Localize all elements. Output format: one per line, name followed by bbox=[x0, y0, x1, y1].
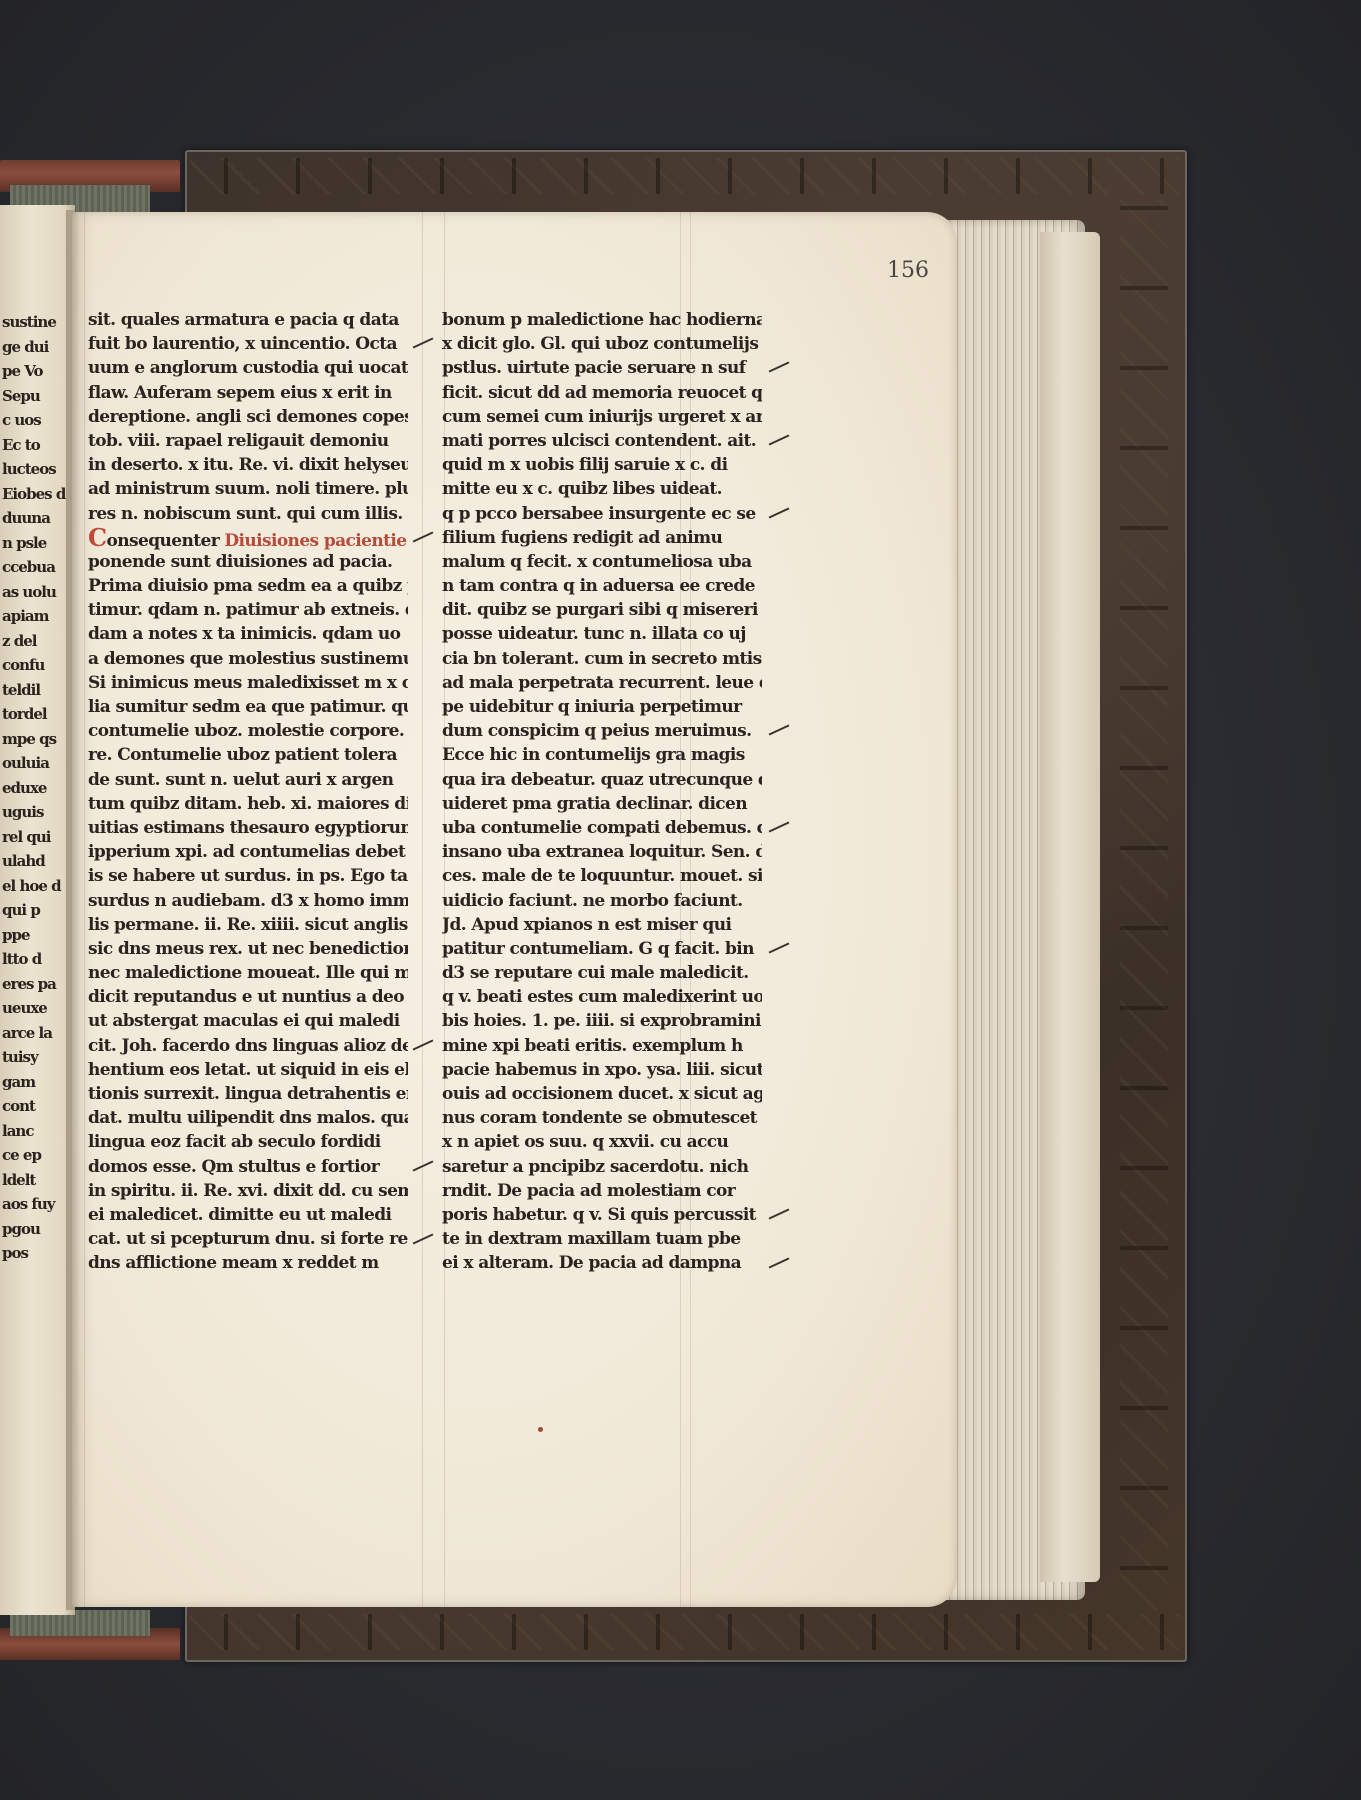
manuscript-line: uba contumelie compati debemus. qi bbox=[442, 816, 762, 840]
left-page-fragment: lanc bbox=[2, 1119, 72, 1144]
manuscript-line: tum quibz ditam. heb. xi. maiores di bbox=[88, 792, 408, 816]
manuscript-line: malum q fecit. x contumeliosa uba bbox=[442, 550, 762, 574]
left-page-fragment: z del bbox=[2, 629, 72, 654]
manuscript-line: nec maledictione moueat. Ille qui male bbox=[88, 961, 408, 985]
manuscript-line: in spiritu. ii. Re. xvi. dixit dd. cu se… bbox=[88, 1179, 408, 1203]
manuscript-line: x n apiet os suu. q xxvii. cu accu bbox=[442, 1130, 762, 1154]
left-page-fragment: confu bbox=[2, 653, 72, 678]
left-page-fragment: duuna bbox=[2, 506, 72, 531]
manuscript-line: Consequenter Diuisiones pacientie. bbox=[88, 526, 408, 550]
left-page-fragment: pos bbox=[2, 1241, 72, 1266]
page-gutter-shadow bbox=[66, 210, 80, 1610]
manuscript-line: d3 se reputare cui male maledicit. bbox=[442, 961, 762, 985]
left-page-fragment: cont bbox=[2, 1094, 72, 1119]
manuscript-line: uum e anglorum custodia qui uocat sepe. bbox=[88, 356, 408, 380]
flyleaf-edge bbox=[1040, 232, 1100, 1582]
manuscript-line: lingua eoz facit ab seculo fordidi bbox=[88, 1130, 408, 1154]
left-page-fragment: lucteos bbox=[2, 457, 72, 482]
left-page-fragment: rel qui bbox=[2, 825, 72, 850]
manuscript-line: dereptione. angli sci demones copescut. bbox=[88, 405, 408, 429]
ruling-line bbox=[422, 212, 423, 1607]
decorated-initial: C bbox=[88, 526, 107, 550]
folio-number: 156 bbox=[887, 258, 929, 283]
manuscript-line: dicit reputandus e ut nuntius a deo miss… bbox=[88, 985, 408, 1009]
manuscript-line: x dicit glo. Gl. qui uboz contumelijs bbox=[442, 332, 762, 356]
text-column-left: sit. quales armatura e pacia q datafuit … bbox=[88, 308, 408, 1276]
ink-spot bbox=[538, 1427, 543, 1432]
text-column-right: bonum p maledictione hac hodierna.x dici… bbox=[442, 308, 762, 1276]
tooled-border-right bbox=[1120, 200, 1168, 1610]
manuscript-line: lia sumitur sedm ea que patimur. que sut bbox=[88, 695, 408, 719]
manuscript-line: saretur a pncipibz sacerdotu. nich bbox=[442, 1155, 762, 1179]
manuscript-line: ut abstergat maculas ei qui maledi bbox=[88, 1009, 408, 1033]
left-page-fragment: ueuxe bbox=[2, 996, 72, 1021]
manuscript-line: a demones que molestius sustinemus. bbox=[88, 647, 408, 671]
manuscript-line: mitte eu x c. quibz libes uideat. bbox=[442, 477, 762, 501]
manuscript-line: nus coram tondente se obmutescet bbox=[442, 1106, 762, 1130]
manuscript-line: ponende sunt diuisiones ad pacia. bbox=[88, 550, 408, 574]
manuscript-line: te in dextram maxillam tuam pbe bbox=[442, 1227, 762, 1251]
manuscript-line: ces. male de te loquuntur. mouet. sih bbox=[442, 864, 762, 888]
left-page-text-fragments: sustinege duipe VoSepuc uosEc tolucteosE… bbox=[2, 310, 72, 1266]
manuscript-line: is se habere ut surdus. in ps. Ego tanqu… bbox=[88, 864, 408, 888]
manuscript-line: dum conspicim q peius meruimus. bbox=[442, 719, 762, 743]
manuscript-line: sit. quales armatura e pacia q data bbox=[88, 308, 408, 332]
manuscript-line: domos esse. Qm stultus e fortior bbox=[88, 1155, 408, 1179]
manuscript-line: timur. qdam n. patimur ab extneis. que bbox=[88, 598, 408, 622]
manuscript-line: hentium eos letat. ut siquid in eis ela bbox=[88, 1058, 408, 1082]
left-page-fragment: el hoe d bbox=[2, 874, 72, 899]
manuscript-line: surdus n audiebam. d3 x homo immobi bbox=[88, 889, 408, 913]
manuscript-line: Jd. Apud xpianos n est miser qui bbox=[442, 913, 762, 937]
manuscript-line: patitur contumeliam. G q facit. bin bbox=[442, 937, 762, 961]
manuscript-line: pe uidebitur q iniuria perpetimur bbox=[442, 695, 762, 719]
left-page-fragment: mpe qs bbox=[2, 727, 72, 752]
manuscript-line: insano uba extranea loquitur. Sen. dic bbox=[442, 840, 762, 864]
manuscript-line: n tam contra q in aduersa ee crede bbox=[442, 574, 762, 598]
left-page-fragment: pgou bbox=[2, 1217, 72, 1242]
manuscript-line: Prima diuisio pma sedm ea a quibz pa bbox=[88, 574, 408, 598]
left-page-fragment: tuisy bbox=[2, 1045, 72, 1070]
manuscript-line: cit. Joh. facerdo dns linguas alioz detr… bbox=[88, 1034, 408, 1058]
manuscript-line: ad ministrum suum. noli timere. plu bbox=[88, 477, 408, 501]
manuscript-line: lis permane. ii. Re. xiiii. sicut anglis… bbox=[88, 913, 408, 937]
left-page-fragment: apiam bbox=[2, 604, 72, 629]
left-page-fragment: uguis bbox=[2, 800, 72, 825]
left-page-fragment: as uolu bbox=[2, 580, 72, 605]
manuscript-line: pacie habemus in xpo. ysa. liii. sicut bbox=[442, 1058, 762, 1082]
manuscript-line: dat. multu uilipendit dns malos. qua bbox=[88, 1106, 408, 1130]
manuscript-line: tionis surrexit. lingua detrahentis era bbox=[88, 1082, 408, 1106]
manuscript-line: bis hoies. 1. pe. iiii. si exprobramini … bbox=[442, 1009, 762, 1033]
left-page-fragment: tordel bbox=[2, 702, 72, 727]
left-page-fragment: pe Vo bbox=[2, 359, 72, 384]
manuscript-line: mine xpi beati eritis. exemplum h bbox=[442, 1034, 762, 1058]
manuscript-line: uideret pma gratia declinar. dicen bbox=[442, 792, 762, 816]
manuscript-line: mati porres ulcisci contendent. ait. bbox=[442, 429, 762, 453]
manuscript-line: tob. viii. rapael religauit demoniu bbox=[88, 429, 408, 453]
left-page-fragment: ldelt bbox=[2, 1168, 72, 1193]
left-page-fragment: gam bbox=[2, 1070, 72, 1095]
left-page-fragment: Sepu bbox=[2, 384, 72, 409]
left-page-fragment: n psle bbox=[2, 531, 72, 556]
manuscript-line: poris habetur. q v. Si quis percussit bbox=[442, 1203, 762, 1227]
manuscript-line: dns afflictione meam x reddet m bbox=[88, 1251, 408, 1275]
tooled-border-bottom bbox=[190, 1614, 1180, 1650]
left-page-fragment: ce ep bbox=[2, 1143, 72, 1168]
left-page-fragment: eduxe bbox=[2, 776, 72, 801]
manuscript-line: flaw. Auferam sepem eius x erit in bbox=[88, 381, 408, 405]
left-page-fragment: c uos bbox=[2, 408, 72, 433]
manuscript-line: qua ira debeatur. quaz utrecunque dd bbox=[442, 768, 762, 792]
manuscript-line: filium fugiens redigit ad animu bbox=[442, 526, 762, 550]
manuscript-line: ficit. sicut dd ad memoria reuocet qd bbox=[442, 381, 762, 405]
manuscript-line: in deserto. x itu. Re. vi. dixit helyseu… bbox=[88, 453, 408, 477]
manuscript-line: cat. ut si pcepturum dnu. si forte respi… bbox=[88, 1227, 408, 1251]
left-page-fragment: ltto d bbox=[2, 947, 72, 972]
left-page-fragment: aos fuy bbox=[2, 1192, 72, 1217]
manuscript-line: uitias estimans thesauro egyptiorum bbox=[88, 816, 408, 840]
manuscript-line: uidicio faciunt. ne morbo faciunt. bbox=[442, 889, 762, 913]
left-page-fragment: Eiobes d bbox=[2, 482, 72, 507]
manuscript-line: ouis ad occisionem ducet. x sicut ag bbox=[442, 1082, 762, 1106]
manuscript-line: cia bn tolerant. cum in secreto mtis bbox=[442, 647, 762, 671]
manuscript-line: Ecce hic in contumelijs gra magis bbox=[442, 743, 762, 767]
manuscript-line: fuit bo laurentio, x uincentio. Octa bbox=[88, 332, 408, 356]
manuscript-line: de sunt. sunt n. uelut auri x argen bbox=[88, 768, 408, 792]
manuscript-line: ei maledicet. dimitte eu ut maledi bbox=[88, 1203, 408, 1227]
manuscript-line: contumelie uboz. molestie corpore. dapna bbox=[88, 719, 408, 743]
manuscript-line: q p pcco bersabee insurgente ec se bbox=[442, 502, 762, 526]
manuscript-line: dam a notes x ta inimicis. qdam uo bbox=[88, 622, 408, 646]
left-page-fragment: teldil bbox=[2, 678, 72, 703]
manuscript-line: pstlus. uirtute pacie seruare n suf bbox=[442, 356, 762, 380]
manuscript-line: ad mala perpetrata recurrent. leue qp bbox=[442, 671, 762, 695]
left-page-fragment: ge dui bbox=[2, 335, 72, 360]
manuscript-line: res n. nobiscum sunt. qui cum illis. bbox=[88, 502, 408, 526]
left-page-fragment: arce la bbox=[2, 1021, 72, 1046]
manuscript-line: sic dns meus rex. ut nec benedictione bbox=[88, 937, 408, 961]
tooled-border-top bbox=[190, 158, 1180, 194]
manuscript-line: cum semei cum iniurijs urgeret x ar bbox=[442, 405, 762, 429]
left-page-fragment: Ec to bbox=[2, 433, 72, 458]
manuscript-line: quid m x uobis filij saruie x c. di bbox=[442, 453, 762, 477]
manuscript-line: bonum p maledictione hac hodierna. bbox=[442, 308, 762, 332]
left-page-fragment: ppe bbox=[2, 923, 72, 948]
left-page-fragment: eres pa bbox=[2, 972, 72, 997]
manuscript-line: posse uideatur. tunc n. illata co uj bbox=[442, 622, 762, 646]
left-page-fragment: ouluia bbox=[2, 751, 72, 776]
left-page-fragment: ccebua bbox=[2, 555, 72, 580]
manuscript-line: dit. quibz se purgari sibi q misereri bbox=[442, 598, 762, 622]
left-page-fragment: sustine bbox=[2, 310, 72, 335]
manuscript-line: Si inimicus meus maledixisset m x c. A bbox=[88, 671, 408, 695]
left-page-fragment: qui p bbox=[2, 898, 72, 923]
manuscript-line: rndit. De pacia ad molestiam cor bbox=[442, 1179, 762, 1203]
ruling-line bbox=[84, 212, 85, 1607]
left-page-fragment: ulahd bbox=[2, 849, 72, 874]
manuscript-line: q v. beati estes cum maledixerint uo bbox=[442, 985, 762, 1009]
rubric-heading: Diuisiones pacientie. bbox=[224, 531, 408, 550]
manuscript-line: re. Contumelie uboz patient tolera bbox=[88, 743, 408, 767]
manuscript-line: ipperium xpi. ad contumelias debet ho bbox=[88, 840, 408, 864]
manuscript-line: ei x alteram. De pacia ad dampna bbox=[442, 1251, 762, 1275]
